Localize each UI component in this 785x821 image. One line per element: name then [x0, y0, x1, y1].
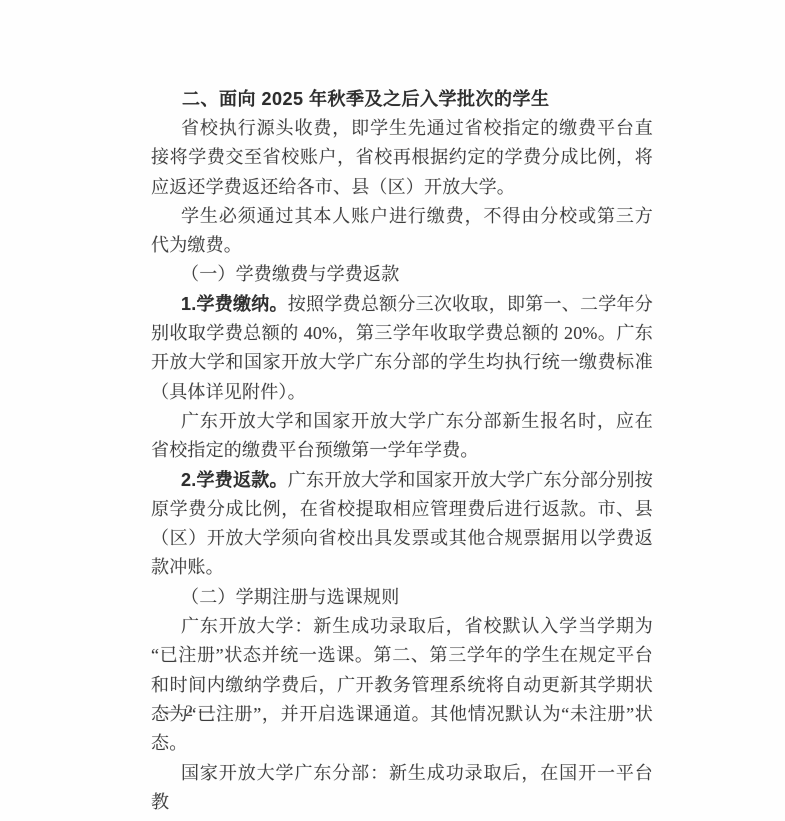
- paragraph-text: 广东开放大学：新生成功录取后，省校默认入学当学期为“已注册”状态并统一选课。第二…: [151, 616, 653, 753]
- document-body: 二、面向 2025 年秋季及之后入学批次的学生 省校执行源头收费，即学生先通过省…: [151, 84, 653, 817]
- paragraph-personal-account: 学生必须通过其本人账户进行缴费，不得由分校或第三方代为缴费。: [151, 202, 653, 261]
- paragraph-tuition-payment: 1.学费缴纳。按照学费总额分三次收取，即第一、二学年分别收取学费总额的 40%，…: [151, 290, 653, 407]
- paragraph-text: 国家开放大学广东分部：新生成功录取后，在国开一平台教: [151, 763, 653, 812]
- paragraph-bold-lead: 1.学费缴纳。: [181, 294, 288, 314]
- paragraph-text: （二）学期注册与选课规则: [181, 587, 399, 607]
- paragraph-text: 广东开放大学和国家开放大学广东分部新生报名时，应在省校指定的缴费平台预缴第一学年…: [151, 411, 653, 460]
- paragraph-tuition-refund: 2.学费返款。广东开放大学和国家开放大学广东分部分别按原学费分成比例，在省校提取…: [151, 466, 653, 583]
- paragraph-ouc-branch: 国家开放大学广东分部：新生成功录取后，在国开一平台教: [151, 759, 653, 818]
- page-number: — 2 —: [163, 702, 216, 722]
- paragraph-text: 省校执行源头收费，即学生先通过省校指定的缴费平台直接将学费交至省校账户，省校再根…: [151, 118, 653, 197]
- paragraph-new-student-prepay: 广东开放大学和国家开放大学广东分部新生报名时，应在省校指定的缴费平台预缴第一学年…: [151, 407, 653, 466]
- paragraph-bold-lead: 2.学费返款。: [181, 470, 288, 490]
- paragraph-source-collection: 省校执行源头收费，即学生先通过省校指定的缴费平台直接将学费交至省校账户，省校再根…: [151, 114, 653, 202]
- paragraph-text: 学生必须通过其本人账户进行缴费，不得由分校或第三方代为缴费。: [151, 206, 653, 255]
- paragraph-text: （一）学费缴费与学费返款: [181, 264, 399, 284]
- subsection-heading-tuition: （一）学费缴费与学费返款: [151, 260, 653, 289]
- paragraph-gdou-registration: 广东开放大学：新生成功录取后，省校默认入学当学期为“已注册”状态并统一选课。第二…: [151, 612, 653, 758]
- document-page: 二、面向 2025 年秋季及之后入学批次的学生 省校执行源头收费，即学生先通过省…: [0, 0, 785, 821]
- subsection-heading-registration: （二）学期注册与选课规则: [151, 583, 653, 612]
- section-heading: 二、面向 2025 年秋季及之后入学批次的学生: [151, 84, 653, 114]
